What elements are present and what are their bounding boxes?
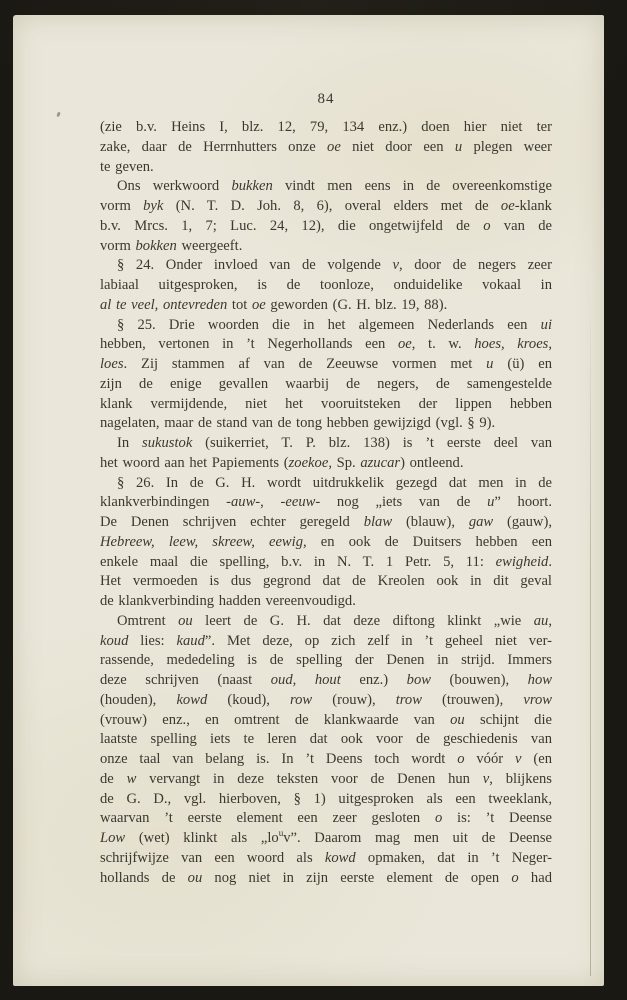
text-line: schrijfwijze van een woord als kowd opma… (100, 849, 552, 869)
italic-text: oud (271, 672, 293, 688)
roman-text: De Denen schrijven echter geregeld (100, 514, 364, 530)
roman-text: plegen weer (462, 139, 552, 155)
italic-text: gaw (469, 514, 493, 530)
roman-text: vorm (100, 198, 143, 214)
italic-text: Low (100, 830, 125, 846)
roman-text: (wet) klinkt als „lo (125, 830, 279, 846)
roman-text: enz.) (341, 672, 407, 688)
roman-text: deze schrijven (naast (100, 672, 271, 688)
text-line: waarvan ’t eerste element een zeer geslo… (100, 809, 552, 829)
italic-text: how (528, 672, 552, 688)
roman-text: b.v. Mrcs. 1, 7; Luc. 24, 12), die onget… (100, 218, 483, 234)
text-line: In sukustok (suikerriet, T. P. blz. 138)… (100, 434, 552, 454)
italic-text: ui (541, 317, 552, 333)
italic-text: kowd (176, 692, 207, 708)
roman-text: , (548, 613, 552, 629)
roman-text: (rouw), (312, 692, 396, 708)
roman-text: nagelaten, maar de stand van de tong heb… (100, 415, 495, 431)
roman-text: klank vermijdende, niet het vooruitsteke… (100, 396, 552, 412)
roman-text: (houden), (100, 692, 176, 708)
roman-text: laatste spelling iets te leren dat ook v… (100, 731, 552, 747)
italic-text: bow (407, 672, 431, 688)
scan-background: 84 (zie b.v. Heins I, blz. 12, 79, 134 e… (0, 0, 627, 1000)
roman-text: , t. w. (412, 336, 474, 352)
roman-text: In (117, 435, 142, 451)
roman-text: zake, daar de Herrnhutters onze (100, 139, 327, 155)
roman-text: nog „iets van de (320, 494, 487, 510)
italic-text: -eeuw- (281, 494, 321, 510)
text-line: § 25. Drie woorden die in het algemeen N… (100, 316, 552, 336)
text-line: de klankverbinding hadden vereenvoudigd. (100, 592, 552, 612)
italic-text: ou (450, 712, 465, 728)
text-line: Ons werkwoord bukken vindt men eens in d… (100, 177, 552, 197)
roman-text: hollands de (100, 870, 188, 886)
italic-text: sukustok (142, 435, 192, 451)
roman-text: (gauw), (493, 514, 552, 530)
roman-text: (koud), (207, 692, 290, 708)
roman-text: ) ontleend. (400, 455, 463, 471)
italic-text: Hebreew, leew, skreew, eewig, (100, 534, 307, 550)
text-line: hebben, vertonen in ’t Negerhollands een… (100, 335, 552, 355)
italic-text: koud (100, 633, 128, 649)
roman-text: § 24. Onder invloed van de volgende (117, 257, 392, 273)
italic-text: w (127, 771, 137, 787)
italic-text: kaud (177, 633, 205, 649)
italic-text: hoes, kroes, (474, 336, 552, 352)
roman-text: klankverbindingen (100, 494, 226, 510)
paper-speck (56, 112, 60, 118)
roman-text: van de (490, 218, 552, 234)
roman-text: Omtrent (117, 613, 178, 629)
roman-text: , Sp. (328, 455, 360, 471)
roman-text: geworden (G. H. blz. 19, 88). (266, 297, 448, 313)
text-block: (zie b.v. Heins I, blz. 12, 79, 134 enz.… (100, 118, 552, 888)
italic-text: ewigheid (496, 554, 549, 570)
roman-text: hebben, vertonen in ’t Negerhollands een (100, 336, 398, 352)
roman-text: (bouwen), (431, 672, 528, 688)
text-line: Het vermoeden is dus gegrond dat de Kreo… (100, 572, 552, 592)
italic-text: al te veel, ontevreden (100, 297, 227, 313)
roman-text: . (548, 554, 552, 570)
text-line: koud lies: kaud”. Met deze, op zich zelf… (100, 632, 552, 652)
roman-text: § 26. In de G. H. wordt uitdrukkelik gez… (117, 475, 552, 491)
roman-text: v”. Daarom mag men uit de Deense (283, 830, 552, 846)
roman-text: (vrouw) enz., en omtrent de klankwaarde … (100, 712, 450, 728)
italic-text: ou (188, 870, 203, 886)
text-line: enkele maal die spelling, b.v. in N. T. … (100, 553, 552, 573)
text-line: § 24. Onder invloed van de volgende v, d… (100, 256, 552, 276)
text-line: Low (wet) klinkt als „louv”. Daarom mag … (100, 829, 552, 849)
text-line: rassende, mededeling is de spelling der … (100, 651, 552, 671)
text-line: al te veel, ontevreden tot oe geworden (… (100, 296, 552, 316)
roman-text: de (100, 771, 127, 787)
text-line: b.v. Mrcs. 1, 7; Luc. 24, 12), die onget… (100, 217, 552, 237)
text-line: vorm byk (N. T. D. Joh. 8, 6), overal el… (100, 197, 552, 217)
roman-text: te geven. (100, 159, 154, 175)
roman-text: opmaken, dat in ’t Neger- (356, 850, 552, 866)
italic-text: oe (398, 336, 412, 352)
italic-text: trow (396, 692, 422, 708)
roman-text: tot (227, 297, 252, 313)
roman-text: nog niet in zijn eerste element de open (202, 870, 511, 886)
italic-text: bokken (135, 238, 176, 254)
italic-text: azucar (360, 455, 400, 471)
roman-text: de klankverbinding hadden vereenvoudigd. (100, 593, 356, 609)
roman-text: het woord aan het Papiements ( (100, 455, 289, 471)
roman-text: is: ’t Deense (442, 810, 552, 826)
roman-text: labiaal uitgesproken, is de toonloze, on… (100, 277, 552, 293)
italic-text: zoekoe (289, 455, 329, 471)
text-line: loes. Zij stammen af van de Zeeuwse vorm… (100, 355, 552, 375)
text-line: zijn de enige gevallen waarbij de negers… (100, 375, 552, 395)
page-number: 84 (100, 91, 552, 108)
italic-text: oe (252, 297, 266, 313)
text-line: vorm bokken weergeeft. (100, 237, 552, 257)
italic-text: vrow (523, 692, 552, 708)
roman-text: . Zij stammen af van de Zeeuwse vormen m… (124, 356, 487, 372)
roman-text: ” hoort. (494, 494, 552, 510)
roman-text: schijnt die (465, 712, 552, 728)
roman-text: enkele maal die spelling, b.v. in N. T. … (100, 554, 496, 570)
text-line: de G. D., vgl. hierboven, § 1) uitgespro… (100, 790, 552, 810)
italic-text: -auw- (226, 494, 260, 510)
text-line: De Denen schrijven echter geregeld blaw … (100, 513, 552, 533)
italic-text: blaw (364, 514, 392, 530)
text-line: hollands de ou nog niet in zijn eerste e… (100, 869, 552, 889)
roman-text: (N. T. D. Joh. 8, 6), overal elders met … (163, 198, 501, 214)
text-line: nagelaten, maar de stand van de tong heb… (100, 414, 552, 434)
text-line: laatste spelling iets te leren dat ook v… (100, 730, 552, 750)
roman-text: niet door een (341, 139, 455, 155)
roman-text: (zie b.v. Heins I, blz. 12, 79, 134 enz.… (100, 119, 552, 135)
roman-text: § 25. Drie woorden die in het algemeen N… (117, 317, 541, 333)
text-line: te geven. (100, 158, 552, 178)
roman-text: , (293, 672, 315, 688)
roman-text: en ook de Duitsers hebben een (307, 534, 552, 550)
roman-text: lies: (128, 633, 176, 649)
roman-text: vóór (464, 751, 515, 767)
text-line: klankverbindingen -auw-, -eeuw- nog „iet… (100, 493, 552, 513)
roman-text: (trouwen), (422, 692, 523, 708)
text-line: het woord aan het Papiements (zoekoe, Sp… (100, 454, 552, 474)
roman-text: (en (521, 751, 552, 767)
roman-text: vindt men eens in de overeenkomstige (273, 178, 552, 194)
text-line: de w vervangt in deze teksten voor de De… (100, 770, 552, 790)
roman-text: weergeeft. (177, 238, 243, 254)
roman-text: Ons werkwoord (117, 178, 231, 194)
text-line: onze taal van belang is. In ’t Deens toc… (100, 750, 552, 770)
italic-text: au (534, 613, 549, 629)
italic-text: byk (143, 198, 163, 214)
roman-text: rassende, mededeling is de spelling der … (100, 652, 552, 668)
roman-text: waarvan ’t eerste element een zeer geslo… (100, 810, 435, 826)
text-line: klank vermijdende, niet het vooruitsteke… (100, 395, 552, 415)
text-line: (houden), kowd (koud), row (rouw), trow … (100, 691, 552, 711)
italic-text: oe (327, 139, 341, 155)
text-line: labiaal uitgesproken, is de toonloze, on… (100, 276, 552, 296)
text-line: zake, daar de Herrnhutters onze oe niet … (100, 138, 552, 158)
italic-text: o (511, 870, 518, 886)
text-line: Omtrent ou leert de G. H. dat deze difto… (100, 612, 552, 632)
italic-text: bukken (231, 178, 272, 194)
book-page: 84 (zie b.v. Heins I, blz. 12, 79, 134 e… (13, 15, 604, 986)
italic-text: loes (100, 356, 124, 372)
text-line: deze schrijven (naast oud, hout enz.) bo… (100, 671, 552, 691)
roman-text: Het vermoeden is dus gegrond dat de Kreo… (100, 573, 552, 589)
italic-text: row (290, 692, 312, 708)
roman-text: (blauw), (392, 514, 469, 530)
roman-text: , (260, 494, 280, 510)
roman-text: , blijkens (489, 771, 552, 787)
text-line: Hebreew, leew, skreew, eewig, en ook de … (100, 533, 552, 553)
roman-text: had (519, 870, 552, 886)
text-line: (vrouw) enz., en omtrent de klankwaarde … (100, 711, 552, 731)
roman-text: (ü) en (493, 356, 552, 372)
italic-text: hout (315, 672, 341, 688)
roman-text: vorm (100, 238, 135, 254)
roman-text: vervangt in deze teksten voor de Denen h… (136, 771, 482, 787)
roman-text: de G. D., vgl. hierboven, § 1) uitgespro… (100, 791, 552, 807)
roman-text: schrijfwijze van een woord als (100, 850, 325, 866)
text-line: (zie b.v. Heins I, blz. 12, 79, 134 enz.… (100, 118, 552, 138)
text-line: § 26. In de G. H. wordt uitdrukkelik gez… (100, 474, 552, 494)
roman-text: zijn de enige gevallen waarbij de negers… (100, 376, 552, 392)
italic-text: oe (501, 198, 515, 214)
roman-text: , door de negers zeer (399, 257, 552, 273)
roman-text: leert de G. H. dat deze diftong klinkt „… (193, 613, 534, 629)
roman-text: -klank (515, 198, 552, 214)
roman-text: ”. Met deze, op zich zelf in ’t geheel n… (205, 633, 552, 649)
italic-text: kowd (325, 850, 356, 866)
roman-text: (suikerriet, T. P. blz. 138) is ’t eerst… (192, 435, 552, 451)
roman-text: onze taal van belang is. In ’t Deens toc… (100, 751, 457, 767)
italic-text: ou (178, 613, 193, 629)
